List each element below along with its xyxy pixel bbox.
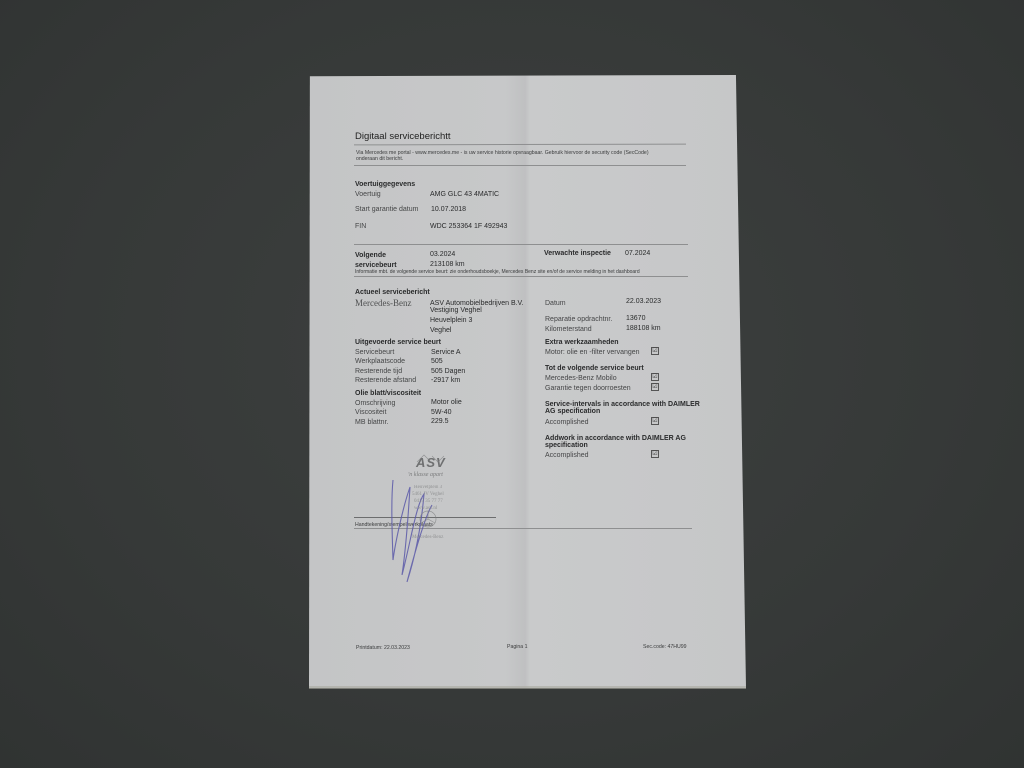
page-number: Pagina 1 <box>507 644 527 650</box>
signature-scribble: Heuvelplein 3 5461 JV Veghel 0413 35 77 … <box>0 0 1024 768</box>
svg-text:Heuvelplein 3: Heuvelplein 3 <box>414 485 443 490</box>
svg-text:www.asv.nl: www.asv.nl <box>414 506 438 511</box>
svg-text:Mercedes-Benz: Mercedes-Benz <box>412 535 444 540</box>
svg-text:5461 JV Veghel: 5461 JV Veghel <box>412 492 444 497</box>
svg-text:0413 35 77 77: 0413 35 77 77 <box>414 499 443 504</box>
print-date: Printdatum: 22.03.2023 <box>356 645 410 651</box>
security-code: Sec.code: 47HU99 <box>643 644 687 650</box>
